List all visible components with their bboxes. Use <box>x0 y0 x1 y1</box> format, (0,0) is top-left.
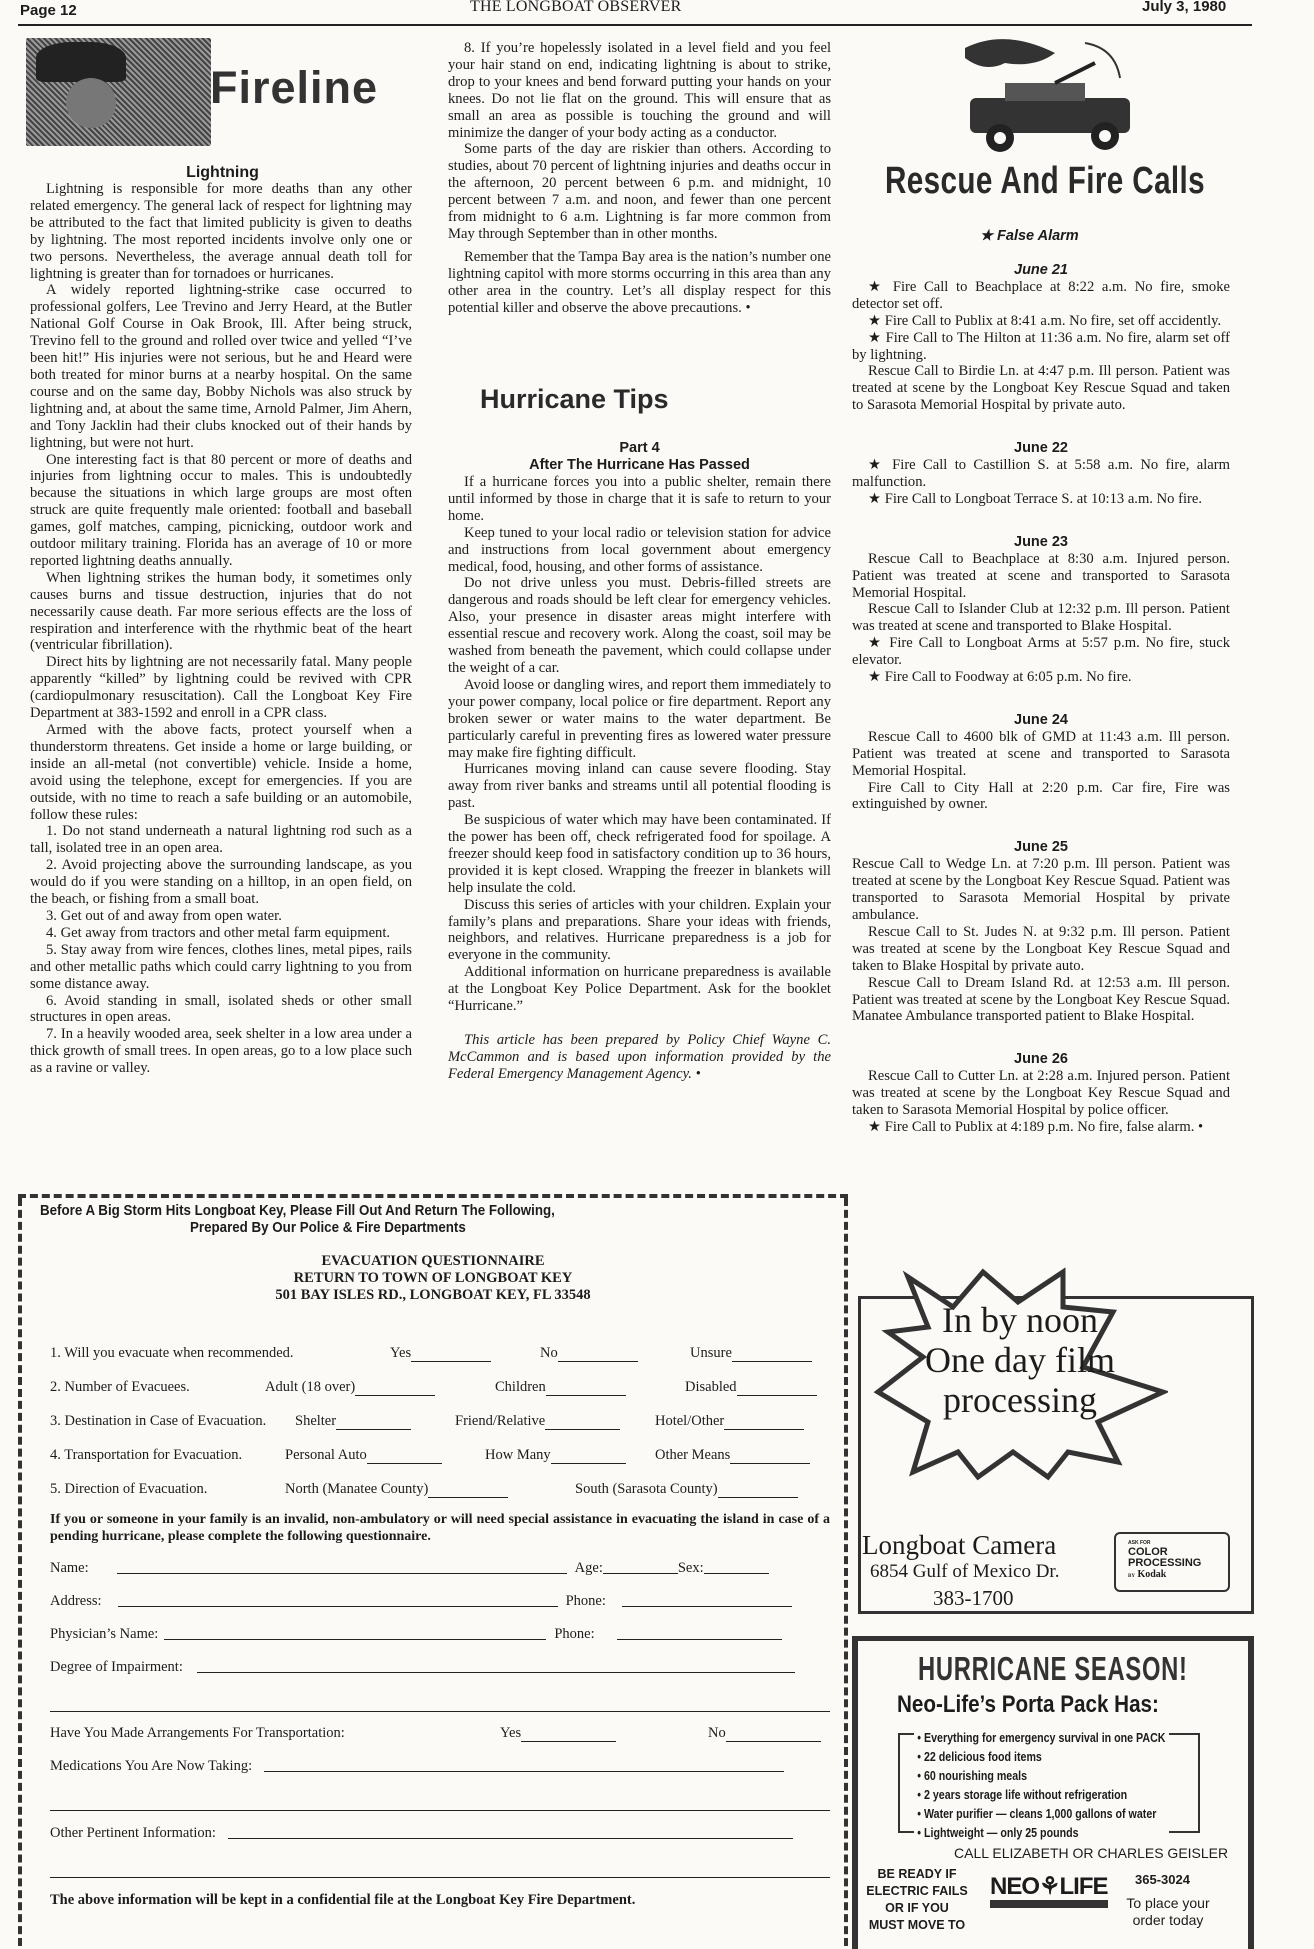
option-label: How Many <box>485 1447 551 1463</box>
paragraph: If a hurricane forces you into a public … <box>448 474 831 525</box>
feature-list: • Everything for emergency survival in o… <box>914 1728 1169 1842</box>
impairment-field[interactable] <box>197 1659 795 1673</box>
form-heading-line: RETURN TO TOWN OF LONGBOAT KEY <box>18 1270 848 1287</box>
age-field[interactable] <box>603 1560 678 1574</box>
other-means-blank[interactable] <box>730 1450 810 1464</box>
question-4: 4. Transportation for Evacuation. Person… <box>50 1447 840 1464</box>
children-blank[interactable] <box>546 1382 626 1396</box>
ad-line: ELECTRIC FAILS <box>862 1883 972 1900</box>
field-label: Physician’s Name: <box>50 1626 158 1643</box>
paragraph: Armed with the above facts, protect your… <box>30 722 412 823</box>
call-item: Rescue Call to Cutter Ln. at 2:28 a.m. I… <box>852 1068 1230 1119</box>
rule-item: 1. Do not stand underneath a natural lig… <box>30 823 412 857</box>
feature-item: • Everything for emergency survival in o… <box>917 1728 1165 1747</box>
field-label: Phone: <box>566 1593 606 1610</box>
paragraph: Keep tuned to your local radio or televi… <box>448 525 831 576</box>
field-label: Name: <box>50 1560 89 1577</box>
ad-line: MUST MOVE TO <box>862 1917 972 1934</box>
option-label: Shelter <box>295 1413 336 1429</box>
call-item: Rescue Call to Wedge Ln. at 7:20 p.m. Il… <box>852 856 1230 924</box>
medications-row: Medications You Are Now Taking: <box>50 1758 840 1775</box>
day-heading: June 23 <box>852 534 1230 551</box>
false-alarm-legend: ★ False Alarm <box>980 228 1079 244</box>
badge-text: BY <box>1128 1574 1135 1579</box>
paragraph: Do not drive unless you must. Debris-fil… <box>448 575 831 676</box>
business-address: 6854 Gulf of Mexico Dr. <box>870 1561 1059 1583</box>
confidential-note: The above information will be kept in a … <box>50 1892 635 1909</box>
paragraph: Be suspicious of water which may have be… <box>448 812 831 897</box>
business-name: Longboat Camera <box>862 1530 1056 1561</box>
starburst-text: In by noon One day film processing <box>880 1300 1160 1420</box>
call-item: Rescue Call to Birdie Ln. at 4:47 p.m. I… <box>852 363 1230 414</box>
option-label: Friend/Relative <box>455 1413 545 1429</box>
logo-book-bar <box>990 1900 1108 1908</box>
how-many-blank[interactable] <box>551 1450 626 1464</box>
paragraph: Remember that the Tampa Bay area is the … <box>448 249 831 317</box>
newspaper-name: THE LONGBOAT OBSERVER <box>470 0 682 16</box>
page-number: Page 12 <box>20 2 77 19</box>
ad-line: BE READY IF <box>862 1866 972 1883</box>
physician-phone-field[interactable] <box>617 1626 782 1640</box>
question-label: 2. Number of Evacuees. <box>50 1379 265 1396</box>
option-label: Children <box>495 1379 546 1395</box>
question-5: 5. Direction of Evacuation. North (Manat… <box>50 1481 840 1498</box>
day-heading: June 21 <box>852 262 1230 279</box>
badge-text: PROCESSING <box>1128 1558 1228 1569</box>
paragraph: A widely reported lightning-strike case … <box>30 282 412 451</box>
call-item: Fire Call to City Hall at 2:20 p.m. Car … <box>852 780 1230 814</box>
address-row: Address: Phone: <box>50 1593 840 1610</box>
paragraph: Direct hits by lightning are not necessa… <box>30 654 412 722</box>
call-item: ★ Fire Call to Publix at 4:189 p.m. No f… <box>852 1119 1230 1136</box>
call-item: ★ Fire Call to Foodway at 6:05 p.m. No f… <box>852 669 1230 686</box>
form-intro-line1: Before A Big Storm Hits Longboat Key, Pl… <box>40 1203 555 1219</box>
feature-item: • 22 delicious food items <box>917 1747 1165 1766</box>
sex-field[interactable] <box>704 1560 769 1574</box>
name-row: Name: Age: Sex: <box>50 1560 840 1577</box>
fire-truck-illustration <box>945 28 1145 158</box>
no-blank[interactable] <box>558 1348 638 1362</box>
hurricane-season-headline: HURRICANE SEASON! <box>918 1650 1188 1688</box>
form-intro-line2: Prepared By Our Police & Fire Department… <box>190 1220 466 1236</box>
form-heading-line: EVACUATION QUESTIONNAIRE <box>18 1253 848 1270</box>
paragraph: Avoid loose or dangling wires, and repor… <box>448 677 831 762</box>
phone-field[interactable] <box>622 1593 792 1607</box>
ad-line: One day film <box>880 1340 1160 1380</box>
issue-date: July 3, 1980 <box>1142 0 1226 15</box>
neolife-logo: NEO⚘LIFE <box>990 1872 1108 1901</box>
order-cta: To place your order today <box>1120 1895 1216 1929</box>
calls-list: June 21 ★ Fire Call to Beachplace at 8:2… <box>852 262 1230 1136</box>
field-label: Phone: <box>554 1626 594 1643</box>
day-heading: June 22 <box>852 440 1230 457</box>
north-blank[interactable] <box>428 1484 508 1498</box>
question-3: 3. Destination in Case of Evacuation. Sh… <box>50 1413 840 1430</box>
paragraph: Discuss this series of articles with you… <box>448 897 831 965</box>
other-info-row: Other Pertinent Information: <box>50 1825 840 1842</box>
calls-title: Rescue And Fire Calls <box>885 160 1205 203</box>
ad-line: processing <box>880 1380 1160 1420</box>
option-label: Yes <box>390 1345 411 1361</box>
transport-no-blank[interactable] <box>726 1728 821 1742</box>
south-blank[interactable] <box>718 1484 798 1498</box>
special-assistance-note: If you or someone in your family is an i… <box>50 1511 830 1545</box>
paragraph: Lightning is responsible for more deaths… <box>30 181 412 282</box>
option-label: Personal Auto <box>285 1447 367 1463</box>
fireline-article: Lightning is responsible for more deaths… <box>30 181 412 1077</box>
porta-pack-subhead: Neo-Life’s Porta Pack Has: <box>897 1691 1159 1719</box>
call-item: ★ Fire Call to The Hilton at 11:36 a.m. … <box>852 330 1230 364</box>
field-label: Sex: <box>678 1560 704 1577</box>
rule-item: 5. Stay away from wire fences, clothes l… <box>30 942 412 993</box>
feature-item: • Lightweight — only 25 pounds <box>917 1823 1165 1842</box>
paragraph: 8. If you’re hopelessly isolated in a le… <box>448 40 831 141</box>
feature-item: • 60 nourishing meals <box>917 1766 1165 1785</box>
field-label: Medications You Are Now Taking: <box>50 1758 252 1775</box>
call-item: Rescue Call to Dream Island Rd. at 12:53… <box>852 975 1230 1026</box>
fireline-continued: 8. If you’re hopelessly isolated in a le… <box>448 40 831 317</box>
paragraph: Some parts of the day are riskier than o… <box>448 141 831 242</box>
impairment-row: Degree of Impairment: <box>50 1659 840 1676</box>
fireline-title: Fireline <box>210 62 378 114</box>
option-label: Other Means <box>655 1447 730 1463</box>
physician-row: Physician’s Name: Phone: <box>50 1626 840 1643</box>
business-phone: 383-1700 <box>933 1586 1014 1611</box>
physician-field[interactable] <box>164 1626 546 1640</box>
firefighter-photo <box>26 38 211 146</box>
field-label: Age: <box>575 1560 603 1577</box>
call-item: ★ Fire Call to Longboat Terrace S. at 10… <box>852 491 1230 508</box>
kodak-logo: Kodak <box>1137 1569 1166 1580</box>
contact-line: CALL ELIZABETH OR CHARLES GEISLER <box>954 1845 1228 1861</box>
hurricane-subtitle: After The Hurricane Has Passed <box>448 457 831 474</box>
paragraph: Hurricanes moving inland can cause sever… <box>448 761 831 812</box>
lightning-subhead: Lightning <box>30 164 415 182</box>
shelter-blank[interactable] <box>336 1416 411 1430</box>
rule-item: 4. Get away from tractors and other meta… <box>30 925 412 942</box>
option-label: Unsure <box>690 1345 732 1361</box>
yes-blank[interactable] <box>411 1348 491 1362</box>
question-1: 1. Will you evacuate when recommended. Y… <box>50 1345 840 1362</box>
option-label: South (Sarasota County) <box>575 1481 718 1497</box>
call-item: Rescue Call to Beachplace at 8:30 a.m. I… <box>852 551 1230 602</box>
hurricane-part: Part 4 <box>448 440 831 457</box>
option-label: No <box>540 1345 558 1361</box>
paragraph: When lightning strikes the human body, i… <box>30 570 412 655</box>
field-label: Address: <box>50 1593 102 1610</box>
transport-row: Have You Made Arrangements For Transport… <box>50 1725 840 1742</box>
question-2: 2. Number of Evacuees. Adult (18 over) C… <box>50 1379 840 1396</box>
question-label: 4. Transportation for Evacuation. <box>50 1447 285 1464</box>
day-heading: June 25 <box>852 839 1230 856</box>
other-info-field-line2[interactable] <box>50 1864 830 1878</box>
option-label: North (Manatee County) <box>285 1481 428 1497</box>
field-label: Have You Made Arrangements For Transport… <box>50 1725 500 1742</box>
disabled-blank[interactable] <box>737 1382 817 1396</box>
rule-item: 7. In a heavily wooded area, seek shelte… <box>30 1026 412 1077</box>
impairment-field-line2[interactable] <box>50 1698 830 1712</box>
kodak-badge: ASK FOR COLOR PROCESSING BY Kodak <box>1114 1532 1230 1592</box>
rule-item: 6. Avoid standing in small, isolated she… <box>30 993 412 1027</box>
ad-line: To place your <box>1120 1895 1216 1912</box>
call-item: ★ Fire Call to Longboat Arms at 5:57 p.m… <box>852 635 1230 669</box>
hurricane-article: If a hurricane forces you into a public … <box>448 474 831 1083</box>
option-label: Yes <box>500 1725 521 1741</box>
question-label: 3. Destination in Case of Evacuation. <box>50 1413 295 1430</box>
paragraph: Additional information on hurricane prep… <box>448 964 831 1015</box>
paragraph: One interesting fact is that 80 percent … <box>30 452 412 570</box>
personal-auto-blank[interactable] <box>367 1450 442 1464</box>
ad-line: In by noon <box>880 1300 1160 1340</box>
friend-blank[interactable] <box>545 1416 620 1430</box>
other-info-field[interactable] <box>228 1825 793 1839</box>
feature-item: • 2 years storage life without refrigera… <box>917 1785 1165 1804</box>
call-item: Rescue Call to Islander Club at 12:32 p.… <box>852 601 1230 635</box>
option-label: Disabled <box>685 1379 737 1395</box>
call-item: Rescue Call to St. Judes N. at 9:32 p.m.… <box>852 924 1230 975</box>
form-heading-line: 501 BAY ISLES RD., LONGBOAT KEY, FL 3354… <box>18 1287 848 1304</box>
be-ready-text: BE READY IF ELECTRIC FAILS OR IF YOU MUS… <box>862 1866 972 1934</box>
hurricane-tips-title: Hurricane Tips <box>480 384 669 415</box>
hotel-blank[interactable] <box>724 1416 804 1430</box>
day-heading: June 26 <box>852 1051 1230 1068</box>
form-heading: EVACUATION QUESTIONNAIRE RETURN TO TOWN … <box>18 1253 848 1304</box>
address-field[interactable] <box>118 1593 558 1607</box>
field-label: Other Pertinent Information: <box>50 1825 216 1842</box>
transport-yes-blank[interactable] <box>521 1728 616 1742</box>
option-label: Hotel/Other <box>655 1413 724 1429</box>
field-label: Degree of Impairment: <box>50 1659 183 1676</box>
neolife-phone: 365-3024 <box>1135 1872 1190 1887</box>
unsure-blank[interactable] <box>732 1348 812 1362</box>
rule-item: 2. Avoid projecting above the surroundin… <box>30 857 412 908</box>
question-label: 5. Direction of Evacuation. <box>50 1481 285 1498</box>
rule-item: 3. Get out of and away from open water. <box>30 908 412 925</box>
ad-line: OR IF YOU <box>862 1900 972 1917</box>
call-item: Rescue Call to 4600 blk of GMD at 11:43 … <box>852 729 1230 780</box>
question-label: 1. Will you evacuate when recommended. <box>50 1345 390 1362</box>
call-item: ★ Fire Call to Beachplace at 8:22 a.m. N… <box>852 279 1230 313</box>
masthead-rule <box>18 24 1252 26</box>
option-label: No <box>708 1725 726 1741</box>
medications-field[interactable] <box>264 1758 784 1772</box>
feature-item: • Water purifier — cleans 1,000 gallons … <box>917 1804 1165 1823</box>
option-label: Adult (18 over) <box>265 1379 355 1395</box>
author-credit: This article has been prepared by Policy… <box>448 1032 831 1083</box>
ad-line: order today <box>1120 1912 1216 1929</box>
day-heading: June 24 <box>852 712 1230 729</box>
medications-field-line2[interactable] <box>50 1797 830 1811</box>
name-field[interactable] <box>117 1560 567 1574</box>
adult-blank[interactable] <box>355 1382 435 1396</box>
call-item: ★ Fire Call to Publix at 8:41 a.m. No fi… <box>852 313 1230 330</box>
call-item: ★ Fire Call to Castillion S. at 5:58 a.m… <box>852 457 1230 491</box>
